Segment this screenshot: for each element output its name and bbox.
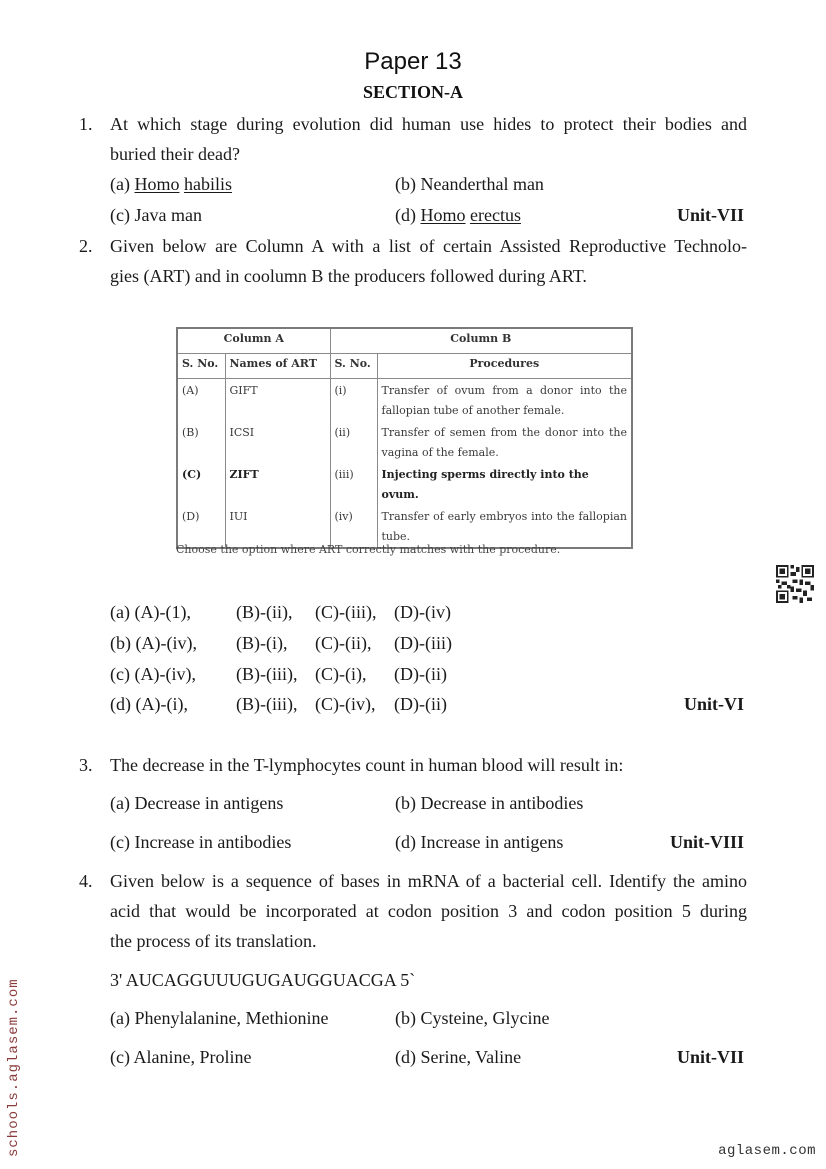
question-number: 1. [79,114,93,135]
art-name: ZIFT [225,463,330,505]
option-d: (d) Serine, Valine [395,1047,521,1068]
option-a: (a) Homo habilis [110,174,232,195]
unit-label: Unit-VIII [670,832,744,853]
question-number: 3. [79,755,93,776]
table-row: (D) IUI (iv) Transfer of early embryos i… [177,505,632,548]
table-row: (A) GIFT (i) Transfer of ovum from a don… [177,379,632,422]
procedure: Transfer of early embryos into the fallo… [377,505,632,548]
option-a: (a) Phenylalanine, Methionine [110,1008,328,1029]
option-d: (d) (A)-(i), (B)-(iii), (C)-(iv), (D)-(i… [110,694,188,715]
question-text-line: Given below are Column A with a list of … [110,236,747,257]
question-number: 4. [79,871,93,892]
paper-title: Paper 13 [0,48,826,76]
option-d: (d) Homo erectus [395,205,521,226]
question-number: 2. [79,236,93,257]
question-text-line: the process of its translation. [110,931,316,952]
footer-watermark: aglasem.com [718,1143,816,1159]
unit-label: Unit-VII [677,205,744,226]
table-row: (C) ZIFT (iii) Injecting sperms directly… [177,463,632,505]
procedure: Transfer of semen from the donor into th… [377,421,632,463]
procedure: Transfer of ovum from a donor into the f… [377,379,632,422]
unit-label: Unit-VII [677,1047,744,1068]
art-name: ICSI [225,421,330,463]
col-header-sno-a: S. No. [177,354,225,379]
option-b: (b) (A)-(iv), (B)-(i), (C)-(ii), (D)-(ii… [110,633,197,654]
side-watermark: schools.aglasem.com [6,978,22,1157]
unit-label: Unit-VI [684,694,744,715]
question-text-line: buried their dead? [110,144,240,165]
col-header-procedures: Procedures [377,354,632,379]
b-sno: (ii) [330,421,377,463]
option-b: (b) Decrease in antibodies [395,793,583,814]
option-a: (a) (A)-(1), (B)-(ii), (C)-(iii), (D)-(i… [110,602,191,623]
a-sno: (A) [177,379,225,422]
qr-code-icon [776,565,814,603]
col-header-sno-b: S. No. [330,354,377,379]
procedure: Injecting sperms directly into the ovum. [377,463,632,505]
column-a-header: Column A [177,328,330,354]
section-title: SECTION-A [0,82,826,103]
art-name: GIFT [225,379,330,422]
b-sno: (iv) [330,505,377,548]
b-sno: (iii) [330,463,377,505]
option-c: (c) (A)-(iv), (B)-(iii), (C)-(i), (D)-(i… [110,664,196,685]
option-c: (c) Increase in antibodies [110,832,291,853]
art-name: IUI [225,505,330,548]
option-c: (c) Alanine, Proline [110,1047,251,1068]
question-text-line: At which stage during evolution did huma… [110,114,747,135]
mrna-sequence: 3' AUCAGGUUUGUGAUGGUACGA 5` [110,970,415,991]
table-row: (B) ICSI (ii) Transfer of semen from the… [177,421,632,463]
question-text-line: Given below is a sequence of bases in mR… [110,871,747,892]
a-sno: (D) [177,505,225,548]
a-sno: (C) [177,463,225,505]
option-b: (b) Cysteine, Glycine [395,1008,549,1029]
question-text-line: acid that would be incorporated at codon… [110,901,747,922]
option-b: (b) Neanderthal man [395,174,544,195]
question-text-line: gies (ART) and in coolumn B the producer… [110,266,587,287]
a-sno: (B) [177,421,225,463]
question-text-line: The decrease in the T-lymphocytes count … [110,755,623,776]
col-header-names: Names of ART [225,354,330,379]
art-match-table: Column A Column B S. No. Names of ART S.… [176,327,633,549]
option-a: (a) Decrease in antigens [110,793,283,814]
option-c: (c) Java man [110,205,202,226]
option-d: (d) Increase in antigens [395,832,563,853]
column-b-header: Column B [330,328,632,354]
table-caption: Choose the option where ART correctly ma… [176,543,560,556]
b-sno: (i) [330,379,377,422]
